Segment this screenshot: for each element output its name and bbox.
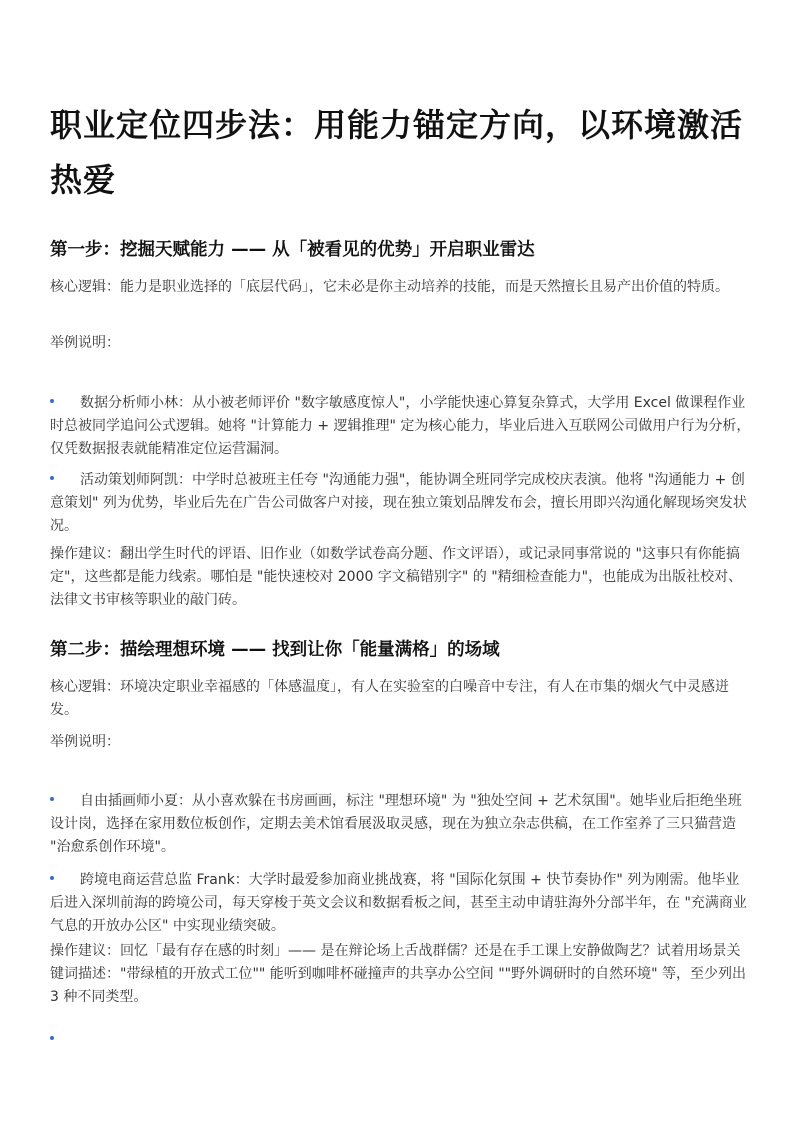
examples-label-step-2: 举例说明： — [50, 731, 752, 754]
example-text: 自由插画师小夏：从小喜欢躲在书房画画，标注 "理想环境" 为 "独处空间 + 艺… — [50, 793, 742, 855]
core-logic-step-1: 核心逻辑：能力是职业选择的「底层代码」，它未必是你主动培养的技能，而是天然擅长且… — [50, 276, 752, 299]
list-item: 自由插画师小夏：从小喜欢躲在书房画画，标注 "理想环境" 为 "独处空间 + 艺… — [50, 790, 752, 859]
empty-list-item — [50, 1029, 80, 1048]
example-text: 跨境电商运营总监 Frank：大学时最爱参加商业挑战赛，将 "国际化氛围 + 快… — [50, 872, 747, 934]
section-heading-step-2: 第二步：描绘理想环境 —— 找到让你「能量满格」的场域 — [50, 637, 760, 663]
bullet-icon — [50, 476, 54, 480]
bullet-icon — [50, 399, 54, 403]
advice-step-2: 操作建议：回忆「最有存在感的时刻」—— 是在辩论场上舌战群儒？还是在手工课上安静… — [50, 940, 752, 1009]
bullet-icon — [50, 876, 54, 880]
bullet-icon — [50, 1036, 54, 1040]
list-item: 活动策划师阿凯：中学时总被班主任夸 "沟通能力强"，能协调全班同学完成校庆表演。… — [50, 469, 752, 538]
bullet-icon — [50, 797, 54, 801]
section-heading-step-1: 第一步：挖掘天赋能力 —— 从「被看见的优势」开启职业雷达 — [50, 237, 760, 263]
list-item: 数据分析师小林：从小被老师评价 "数字敏感度惊人"，小学能快速心算复杂算式，大学… — [50, 392, 752, 461]
list-item: 跨境电商运营总监 Frank：大学时最爱参加商业挑战赛，将 "国际化氛围 + 快… — [50, 869, 752, 938]
core-logic-step-2: 核心逻辑：环境决定职业幸福感的「体感温度」，有人在实验室的白噪音中专注，有人在市… — [50, 676, 752, 722]
examples-label-step-1: 举例说明： — [50, 332, 752, 355]
example-text: 数据分析师小林：从小被老师评价 "数字敏感度惊人"，小学能快速心算复杂算式，大学… — [50, 395, 750, 457]
example-text: 活动策划师阿凯：中学时总被班主任夸 "沟通能力强"，能协调全班同学完成校庆表演。… — [50, 472, 747, 534]
advice-step-1: 操作建议：翻出学生时代的评语、旧作业（如数学试卷高分题、作文评语），或记录同事常… — [50, 543, 752, 612]
page-title: 职业定位四步法：用能力锚定方向，以环境激活热爱 — [50, 98, 760, 208]
